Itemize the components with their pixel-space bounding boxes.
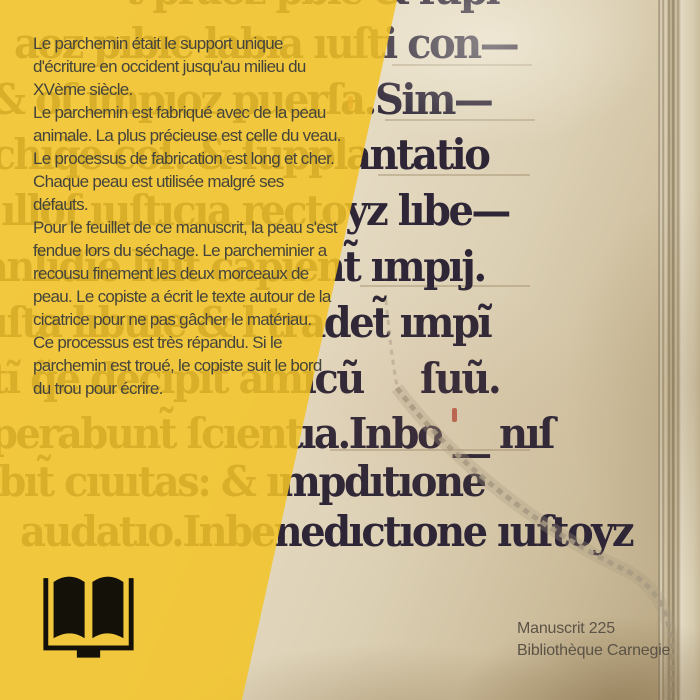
- info-text-line: peau. Le copiste a écrit le texte autour…: [33, 285, 341, 308]
- info-text-line: Le parchemin était le support unique: [33, 32, 341, 55]
- info-text-line: Chaque peau est utilisée malgré ses: [33, 170, 341, 193]
- info-text-line: Le processus de fabrication est long et …: [33, 147, 341, 170]
- info-text-line: Ce processus est très répandu. Si le: [33, 331, 341, 354]
- info-text-block: Le parchemin était le support unique d'é…: [33, 32, 341, 400]
- info-text-line: XVème siècle.: [33, 78, 341, 101]
- info-text-line: parchemin est troué, le copiste suit le …: [33, 354, 341, 377]
- info-text-line: Pour le feuillet de ce manuscrit, la pea…: [33, 216, 341, 239]
- info-text-line: cicatrice pour ne pas gâcher le matériau…: [33, 308, 341, 331]
- info-text-line: du trou pour écrire.: [33, 377, 341, 400]
- info-text-line: animale. La plus précieuse est celle du …: [33, 124, 341, 147]
- credit-manuscript: Manuscrit 225: [517, 618, 670, 640]
- credits-block: Manuscrit 225 Bibliothèque Carnegie: [517, 618, 670, 662]
- open-book-icon: [40, 567, 137, 662]
- parchment-infographic: t praoz pbie & ſup̃ı aoz pıbıe labıa ıuſ…: [0, 0, 700, 700]
- info-text-line: recousu finement les deux morceaux de: [33, 262, 341, 285]
- credit-library: Bibliothèque Carnegie: [517, 640, 670, 662]
- info-text-line: défauts.: [33, 193, 341, 216]
- info-text-line: Le parchemin est fabriqué avec de la pea…: [33, 101, 341, 124]
- info-text-line: fendue lors du séchage. Le parcheminier …: [33, 239, 341, 262]
- info-text-line: d'écriture en occident jusqu'au milieu d…: [33, 55, 341, 78]
